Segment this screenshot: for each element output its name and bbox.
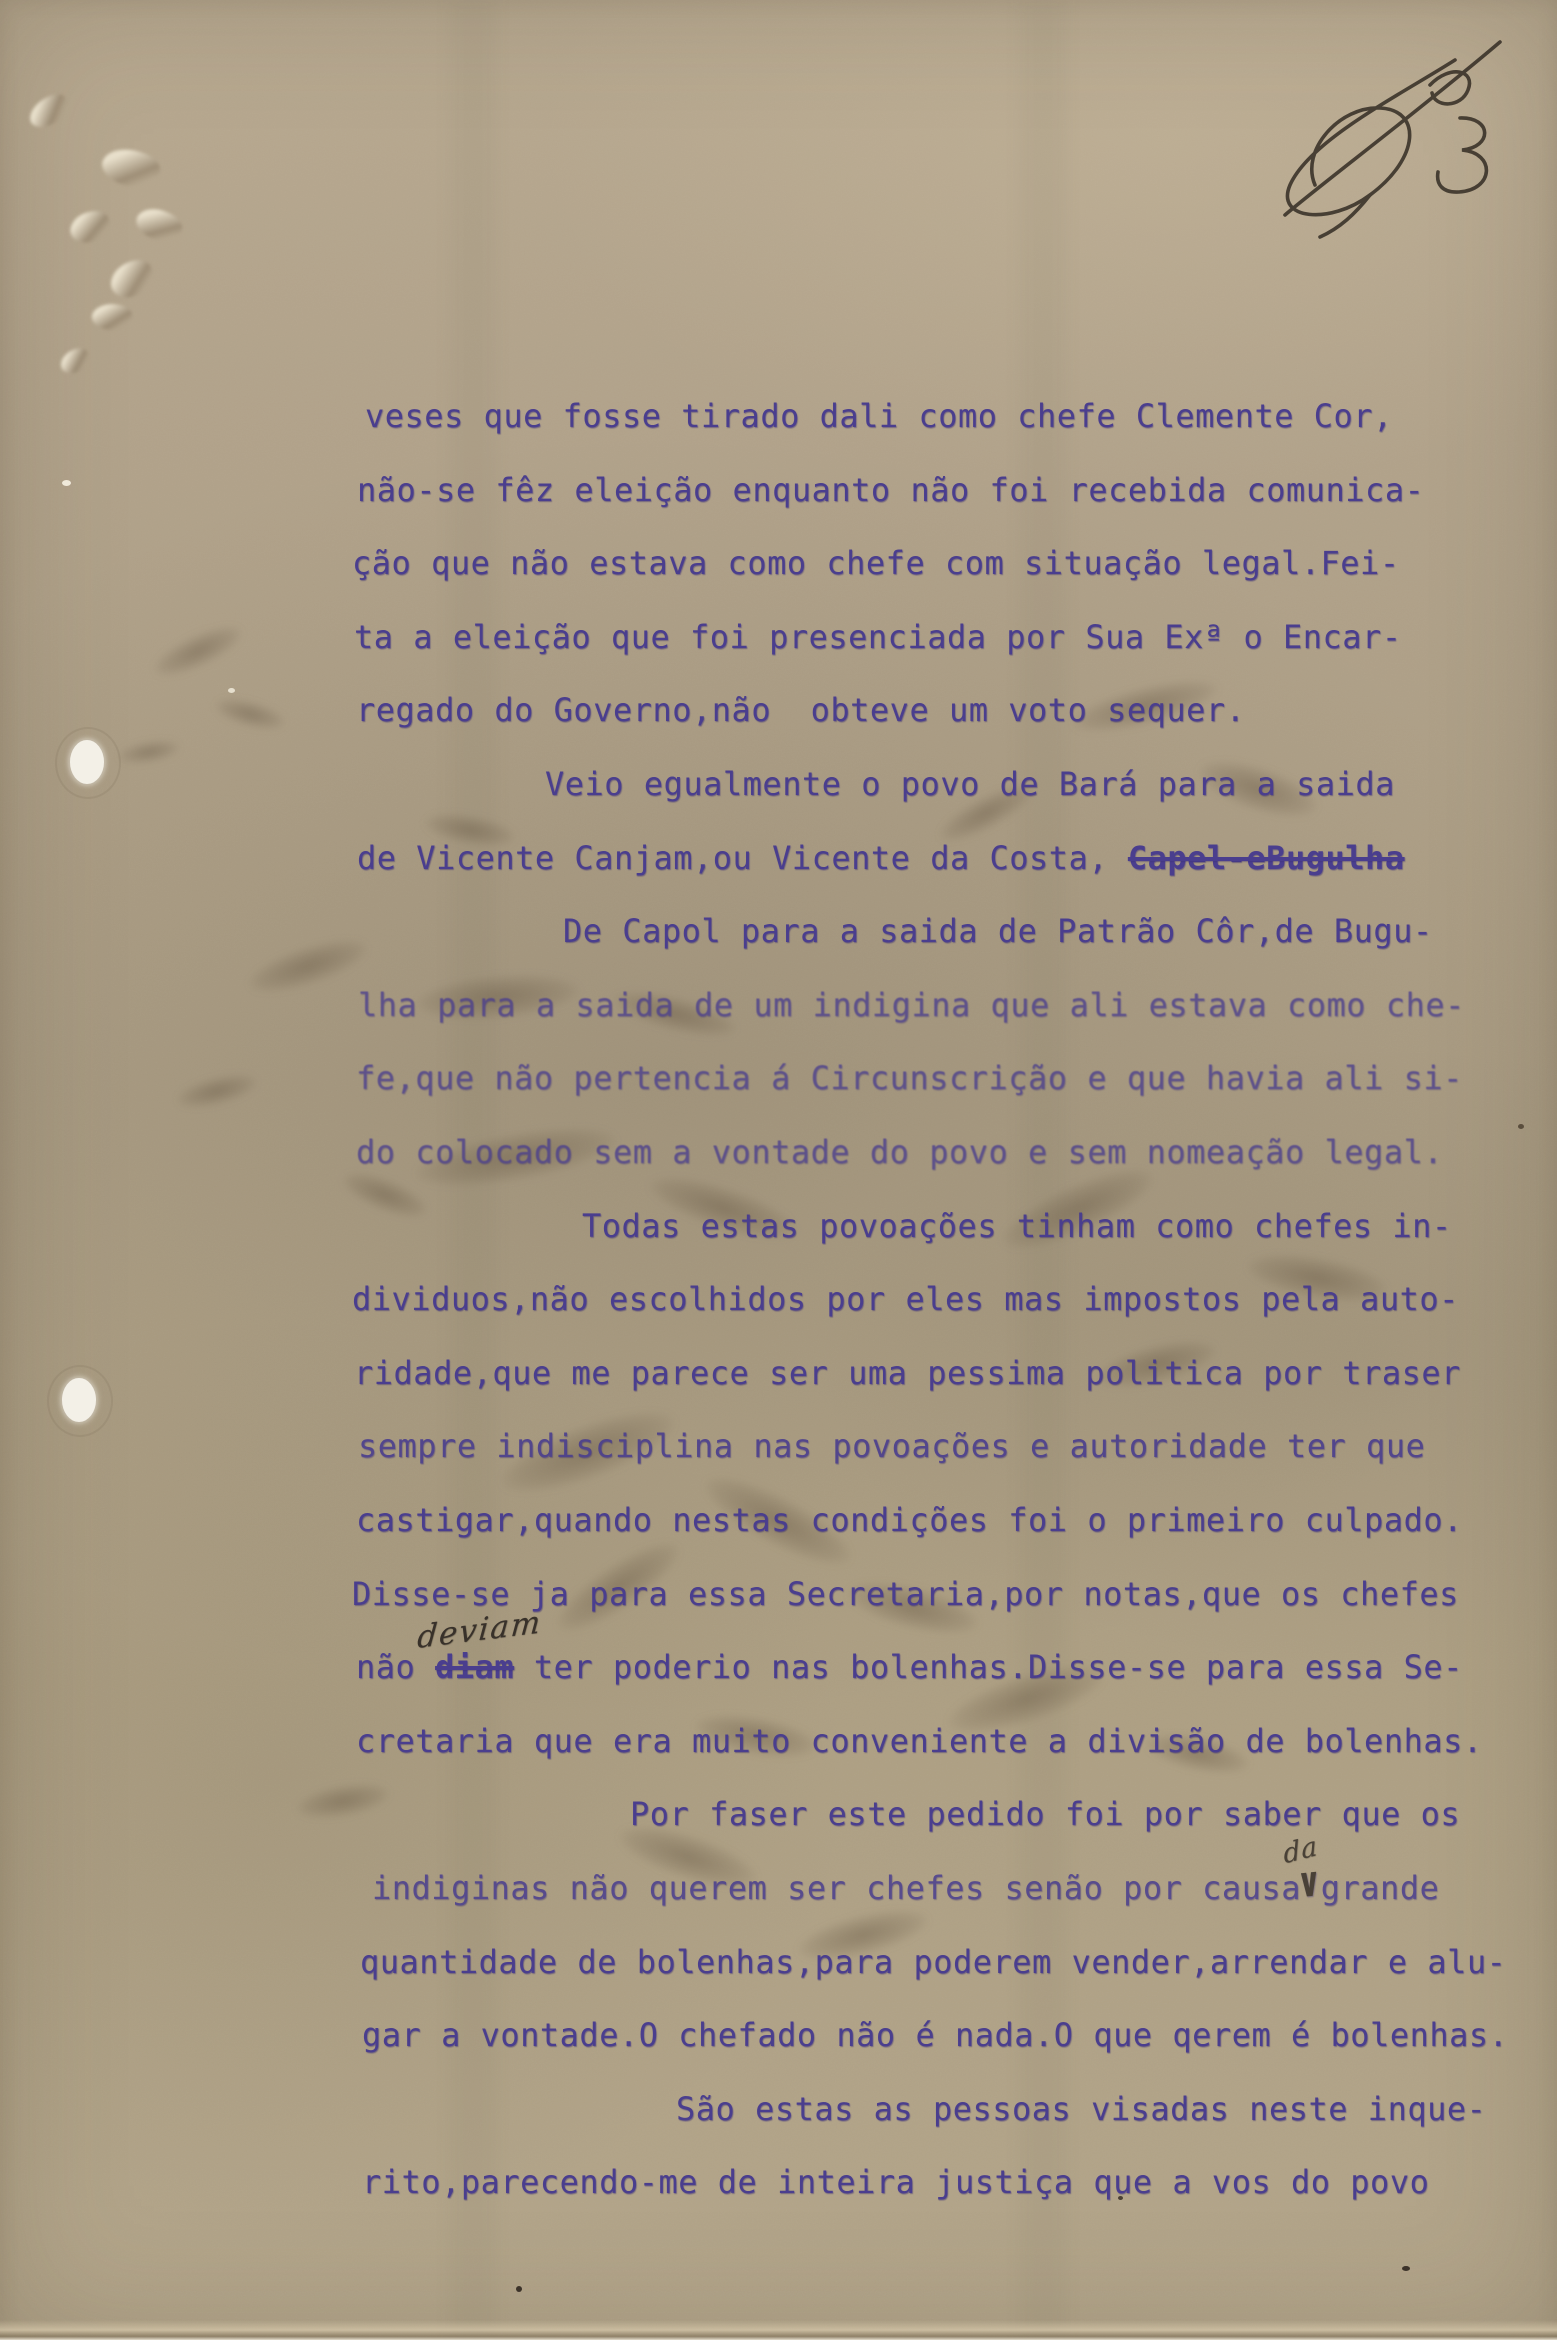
paper-speck [62, 480, 71, 486]
text-segment: cretaria que era muito conveniente a div… [356, 1722, 1483, 1760]
paper-crease [106, 256, 158, 302]
text-segment: gar a vontade.O chefado não é nada.O que… [362, 2016, 1508, 2054]
text-segment: Veio egualmente o povo de Bará para a sa… [545, 765, 1395, 803]
paper-speck [1518, 1124, 1524, 1129]
typescript-line-3: ção que não estava como chefe com situaç… [352, 543, 1400, 583]
paper-speck [1402, 2266, 1410, 2271]
paper-crease [90, 301, 133, 332]
paper-crease [24, 90, 73, 133]
text-segment: indiginas não querem ser chefes senão po… [372, 1869, 1439, 1907]
typescript-line-23: gar a vontade.O chefado não é nada.O que… [362, 2015, 1508, 2055]
punch-hole [70, 740, 104, 784]
ink-smudge [148, 617, 248, 685]
typescript-line-25: rito,parecendo-me de inteira justiça que… [362, 2162, 1429, 2202]
text-segment: rito,parecendo-me de inteira justiça que… [362, 2163, 1429, 2201]
text-segment: fe,que não pertencia á Circunscrição e q… [356, 1059, 1463, 1097]
typescript-line-13: dividuos,não escolhidos por eles mas imp… [352, 1279, 1459, 1319]
typescript-line-4: ta a eleição que foi presenciada por Sua… [354, 617, 1402, 657]
paper-speck [228, 688, 235, 693]
text-segment: De Capol para a saida de Patrão Côr,de B… [563, 912, 1433, 950]
text-segment: lha para a saida de um indigina que ali … [358, 986, 1465, 1024]
paper-crease [57, 345, 93, 377]
typescript-line-5: regado do Governo,não obteve um voto seq… [356, 690, 1245, 730]
paper-crease [98, 142, 164, 194]
ink-smudge [338, 1164, 433, 1226]
typescript-line-11: do colocado sem a vontade do povo e sem … [356, 1132, 1443, 1172]
text-segment: Por faser este pedido foi por saber que … [630, 1795, 1460, 1833]
typescript-line-7: de Vicente Canjam,ou Vicente da Costa, C… [357, 838, 1405, 878]
typescript-line-10: fe,que não pertencia á Circunscrição e q… [356, 1058, 1463, 1098]
typescript-line-20: Por faser este pedido foi por saber que … [630, 1794, 1460, 1834]
text-segment: São estas as pessoas visadas neste inque… [676, 2090, 1486, 2128]
text-segment: ção que não estava como chefe com situaç… [352, 544, 1400, 582]
ink-smudge [294, 1778, 392, 1824]
ink-smudge [117, 737, 182, 767]
document-page: veses que fosse tirado dali como chefe C… [0, 0, 1557, 2340]
typescript-line-15: sempre indisciplina nas povoações e auto… [358, 1426, 1425, 1466]
typescript-line-16: castigar,quando nestas condições foi o p… [356, 1500, 1463, 1540]
paper-crease [132, 202, 186, 249]
paper-speck [516, 2286, 522, 2292]
typescript-line-1: veses que fosse tirado dali como chefe C… [365, 396, 1393, 436]
text-segment: não-se fêz eleição enquanto não foi rece… [357, 471, 1424, 509]
typescript-line-8: De Capol para a saida de Patrão Côr,de B… [563, 911, 1433, 951]
text-segment: Todas estas povoações tinham como chefes… [582, 1207, 1452, 1245]
text-segment: dividuos,não escolhidos por eles mas imp… [352, 1280, 1459, 1318]
text-segment: ta a eleição que foi presenciada por Sua… [354, 618, 1402, 656]
text-segment: de Vicente Canjam,ou Vicente da Costa, [357, 839, 1128, 877]
insertion-caret-icon: ∨ [1295, 1856, 1323, 1912]
typescript-line-14: ridade,que me parece ser uma pessima pol… [354, 1353, 1461, 1393]
typescript-line-18: não diam ter poderio nas bolenhas.Disse-… [356, 1647, 1463, 1687]
text-segment: quantidade de bolenhas,para poderem vend… [360, 1943, 1506, 1981]
typescript-line-2: não-se fêz eleição enquanto não foi rece… [357, 470, 1424, 510]
struck-out-text: Capel-eBugulha [1128, 839, 1405, 877]
ink-smudge [174, 1068, 260, 1113]
typescript-line-19: cretaria que era muito conveniente a div… [356, 1721, 1483, 1761]
typescript-line-22: quantidade de bolenhas,para poderem vend… [360, 1942, 1506, 1982]
paper-crease [68, 209, 113, 245]
text-segment: do colocado sem a vontade do povo e sem … [356, 1133, 1443, 1171]
punch-hole [62, 1378, 96, 1422]
typescript-line-6: Veio egualmente o povo de Bará para a sa… [545, 764, 1395, 804]
typescript-line-9: lha para a saida de um indigina que ali … [358, 985, 1465, 1025]
text-segment: veses que fosse tirado dali como chefe C… [365, 397, 1393, 435]
text-segment: ter poderio nas bolenhas.Disse-se para e… [514, 1648, 1463, 1686]
text-segment: sempre indisciplina nas povoações e auto… [358, 1427, 1425, 1465]
typescript-line-21: indiginas não querem ser chefes senão po… [372, 1868, 1439, 1908]
text-segment: regado do Governo,não obteve um voto seq… [356, 691, 1245, 729]
text-segment: ridade,que me parece ser uma pessima pol… [354, 1354, 1461, 1392]
ink-smudge [243, 930, 372, 1003]
text-segment: castigar,quando nestas condições foi o p… [356, 1501, 1463, 1539]
ink-smudge [212, 693, 288, 735]
typescript-line-12: Todas estas povoações tinham como chefes… [582, 1206, 1452, 1246]
typescript-line-24: São estas as pessoas visadas neste inque… [676, 2089, 1486, 2129]
